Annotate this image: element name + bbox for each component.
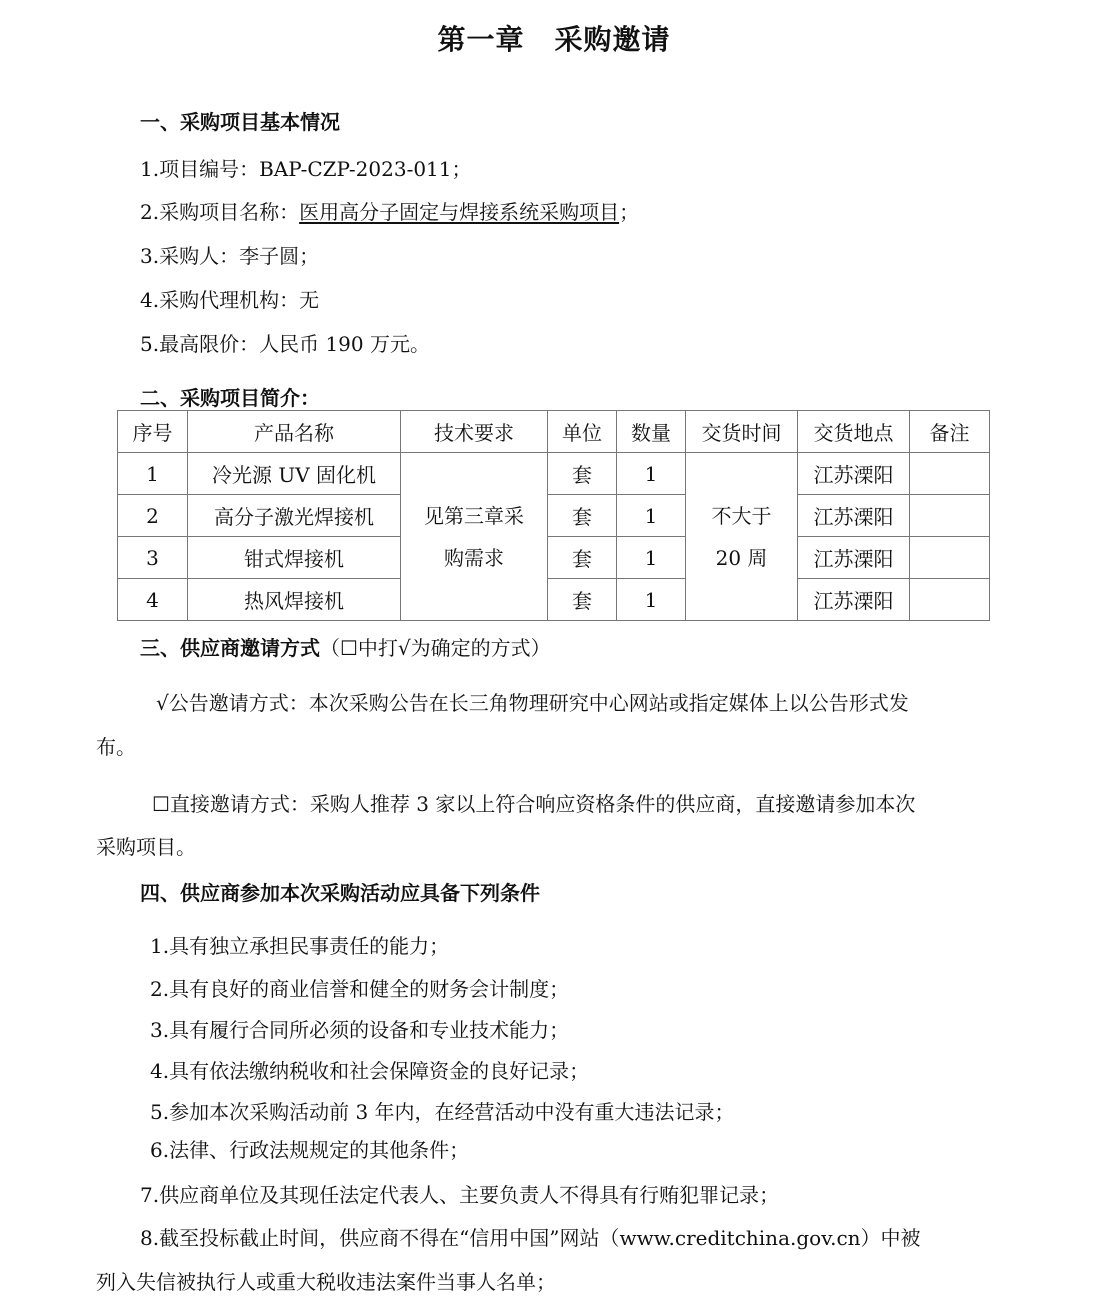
cell-place: 江苏溧阳 xyxy=(798,537,910,579)
page-title: 第一章采购邀请 xyxy=(0,18,1108,58)
procurement-items-table: 序号 产品名称 技术要求 单位 数量 交货时间 交货地点 备注 1 冷光源 UV… xyxy=(117,410,990,621)
checkbox-empty-icon: ☐ xyxy=(152,792,170,816)
cell-no: 2 xyxy=(118,495,188,537)
cell-qty: 1 xyxy=(617,453,686,495)
cell-no: 3 xyxy=(118,537,188,579)
header-tech: 技术要求 xyxy=(401,411,548,453)
cell-note xyxy=(910,495,990,537)
cell-qty: 1 xyxy=(617,537,686,579)
condition-item: 4.具有依法缴纳税收和社会保障资金的良好记录； xyxy=(150,1055,589,1084)
cell-unit: 套 xyxy=(548,579,617,621)
section3-heading: 三、供应商邀请方式（☐中打√为确定的方式） xyxy=(140,632,551,661)
cell-delivery-time: 不大于 20 周 xyxy=(686,453,798,621)
header-delivery-place: 交货地点 xyxy=(798,411,910,453)
cell-product: 高分子激光焊接机 xyxy=(188,495,401,537)
checkmark-icon: √ xyxy=(156,691,169,715)
cell-tech-requirement: 见第三章采 购需求 xyxy=(401,453,548,621)
cell-product: 冷光源 UV 固化机 xyxy=(188,453,401,495)
cell-no: 4 xyxy=(118,579,188,621)
section2-heading: 二、采购项目简介： xyxy=(140,382,320,411)
cell-product: 热风焊接机 xyxy=(188,579,401,621)
public-invitation-line2: 布。 xyxy=(96,731,136,760)
header-note: 备注 xyxy=(910,411,990,453)
header-delivery-time: 交货时间 xyxy=(686,411,798,453)
condition-item: 3.具有履行合同所必须的设备和专业技术能力； xyxy=(150,1014,569,1043)
cell-unit: 套 xyxy=(548,453,617,495)
cell-place: 江苏溧阳 xyxy=(798,579,910,621)
condition-item: 7.供应商单位及其现任法定代表人、主要负责人不得具有行贿犯罪记录； xyxy=(140,1179,779,1208)
project-number-value: BAP-CZP-2023-011 xyxy=(259,157,451,181)
cell-no: 1 xyxy=(118,453,188,495)
chapter-number: 第一章 xyxy=(437,23,524,56)
agency-line: 4.采购代理机构：无 xyxy=(140,284,319,313)
header-unit: 单位 xyxy=(548,411,617,453)
cell-place: 江苏溧阳 xyxy=(798,495,910,537)
condition-item: 6.法律、行政法规规定的其他条件； xyxy=(150,1134,469,1163)
section1-heading: 一、采购项目基本情况 xyxy=(140,106,340,135)
condition-item: 2.具有良好的商业信誉和健全的财务会计制度； xyxy=(150,973,569,1002)
project-name-line: 2.采购项目名称：医用高分子固定与焊接系统采购项目； xyxy=(140,196,639,225)
condition-item-8-line2: 列入失信被执行人或重大税收违法案件当事人名单； xyxy=(96,1266,556,1295)
header-qty: 数量 xyxy=(617,411,686,453)
purchaser-value: 李子圆 xyxy=(239,244,299,268)
public-invitation-line1: √公告邀请方式：本次采购公告在长三角物理研究中心网站或指定媒体上以公告形式发 xyxy=(156,687,909,716)
condition-item-8-line1: 8.截至投标截止时间，供应商不得在“信用中国”网站（www.creditchin… xyxy=(140,1222,921,1251)
table-row: 4 热风焊接机 套 1 江苏溧阳 xyxy=(118,579,990,621)
table-row: 3 钳式焊接机 套 1 江苏溧阳 xyxy=(118,537,990,579)
project-name-value: 医用高分子固定与焊接系统采购项目 xyxy=(299,200,619,224)
max-price-line: 5.最高限价：人民币 190 万元。 xyxy=(140,328,430,357)
cell-unit: 套 xyxy=(548,495,617,537)
section3-heading-note: （☐中打√为确定的方式） xyxy=(320,636,551,660)
table-row: 2 高分子激光焊接机 套 1 江苏溧阳 xyxy=(118,495,990,537)
cell-place: 江苏溧阳 xyxy=(798,453,910,495)
chapter-name: 采购邀请 xyxy=(555,23,671,56)
table-header-row: 序号 产品名称 技术要求 单位 数量 交货时间 交货地点 备注 xyxy=(118,411,990,453)
cell-note xyxy=(910,579,990,621)
direct-invitation-line2: 采购项目。 xyxy=(96,831,196,860)
cell-note xyxy=(910,453,990,495)
table-row: 1 冷光源 UV 固化机 见第三章采 购需求 套 1 不大于 20 周 江苏溧阳 xyxy=(118,453,990,495)
project-number-line: 1.项目编号：BAP-CZP-2023-011； xyxy=(140,153,472,182)
cell-qty: 1 xyxy=(617,495,686,537)
cell-unit: 套 xyxy=(548,537,617,579)
direct-invitation-line1: ☐直接邀请方式：采购人推荐 3 家以上符合响应资格条件的供应商，直接邀请参加本次 xyxy=(152,788,915,817)
condition-item: 1.具有独立承担民事责任的能力； xyxy=(150,930,449,959)
purchaser-line: 3.采购人：李子圆； xyxy=(140,240,319,269)
agency-value: 无 xyxy=(299,288,319,312)
max-price-value: 人民币 190 万元 xyxy=(259,332,410,356)
condition-item: 5.参加本次采购活动前 3 年内，在经营活动中没有重大违法记录； xyxy=(150,1096,735,1125)
cell-product: 钳式焊接机 xyxy=(188,537,401,579)
header-no: 序号 xyxy=(118,411,188,453)
cell-qty: 1 xyxy=(617,579,686,621)
header-product: 产品名称 xyxy=(188,411,401,453)
section4-heading: 四、供应商参加本次采购活动应具备下列条件 xyxy=(140,877,540,906)
cell-note xyxy=(910,537,990,579)
